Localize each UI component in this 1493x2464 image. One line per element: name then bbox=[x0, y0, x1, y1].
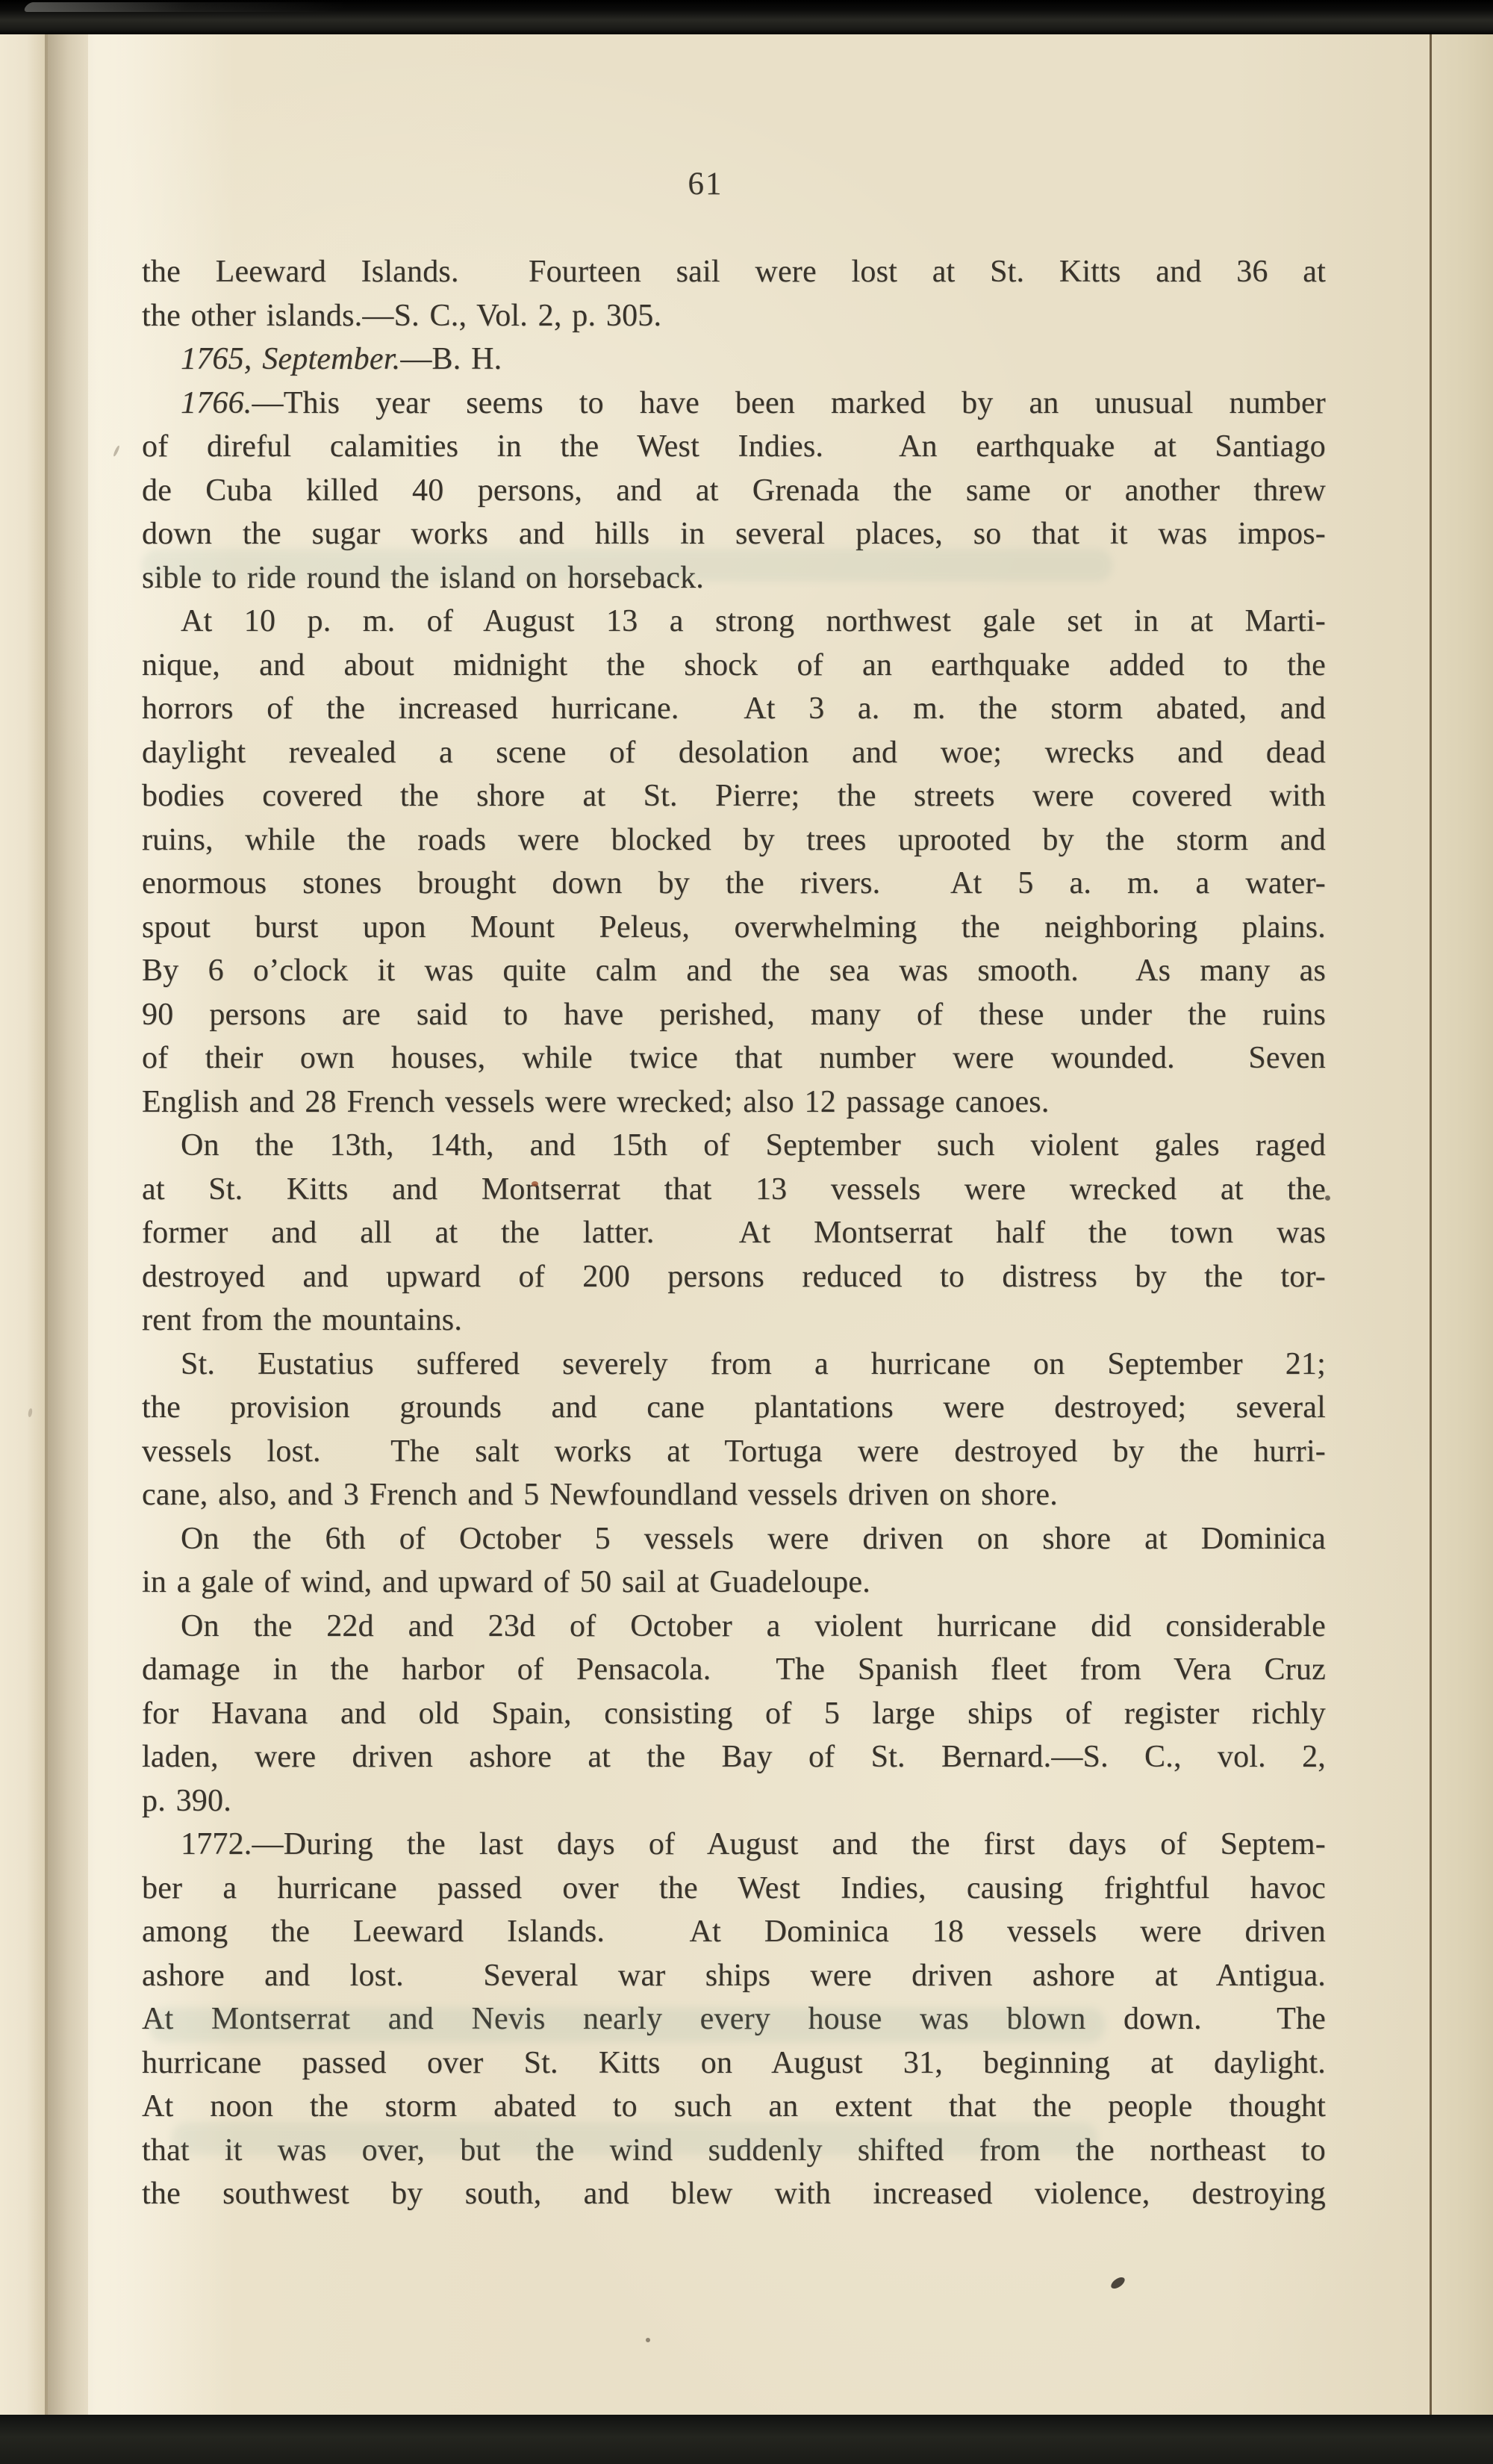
text-line: de Cuba killed 40 persons, and at Grenad… bbox=[142, 469, 1326, 513]
text-segment: horrors of the increased hurricane. At 3… bbox=[142, 691, 1326, 726]
page: 61 the Leeward Islands. Fourteen sail we… bbox=[0, 34, 1430, 2415]
ink-dot bbox=[646, 2338, 650, 2342]
cover-edge-bottom bbox=[0, 2415, 1493, 2464]
text-line: destroyed and upward of 200 persons redu… bbox=[142, 1255, 1326, 1299]
text-segment: ruins, while the roads were blocked by t… bbox=[142, 823, 1326, 857]
text-segment: in a gale of wind, and upward of 50 sail… bbox=[142, 1565, 870, 1599]
text-segment: —This year seems to have been marked by … bbox=[252, 386, 1327, 420]
text-line: By 6 o’clock it was quite calm and the s… bbox=[142, 949, 1326, 993]
text-segment: enormous stones brought down by the rive… bbox=[142, 866, 1326, 900]
text-segment: On the 6th of October 5 vessels were dri… bbox=[181, 1522, 1326, 1556]
entry-date: 1766. bbox=[181, 386, 252, 420]
text-line: 1772.—During the last days of August and… bbox=[142, 1823, 1326, 1867]
text-segment: spout burst upon Mount Peleus, overwhelm… bbox=[142, 910, 1326, 945]
text-line: of direful calamities in the West Indies… bbox=[142, 425, 1326, 469]
text-line: At 10 p. m. of August 13 a strong northw… bbox=[142, 600, 1326, 644]
text-line: bodies covered the shore at St. Pierre; … bbox=[142, 774, 1326, 818]
text-line: the Leeward Islands. Fourteen sail were … bbox=[142, 250, 1326, 294]
show-through bbox=[149, 2008, 1105, 2042]
text-segment: laden, were driven ashore at the Bay of … bbox=[142, 1740, 1326, 1774]
text-segment: ber a hurricane passed over the West Ind… bbox=[142, 1871, 1326, 1905]
text-segment: By 6 o’clock it was quite calm and the s… bbox=[142, 953, 1326, 988]
text-line: On the 22d and 23d of October a violent … bbox=[142, 1605, 1326, 1649]
text-segment: de Cuba killed 40 persons, and at Grenad… bbox=[142, 473, 1326, 508]
text-segment: At 10 p. m. of August 13 a strong northw… bbox=[181, 604, 1326, 638]
facing-page-sliver bbox=[0, 34, 48, 2415]
text-line: 1766.—This year seems to have been marke… bbox=[142, 382, 1326, 426]
text-segment: former and all at the latter. At Montser… bbox=[142, 1216, 1326, 1250]
text-line: ruins, while the roads were blocked by t… bbox=[142, 818, 1326, 862]
text-line: spout burst upon Mount Peleus, overwhelm… bbox=[142, 906, 1326, 950]
text-segment: hurricane passed over St. Kitts on Augus… bbox=[142, 2046, 1326, 2080]
text-line: hurricane passed over St. Kitts on Augus… bbox=[142, 2041, 1326, 2085]
text-segment: at St. Kitts and Montserrat that 13 vess… bbox=[142, 1172, 1326, 1207]
text-segment: the provision grounds and cane plantatio… bbox=[142, 1390, 1326, 1425]
margin-dot bbox=[1325, 1195, 1330, 1201]
text-line: On the 6th of October 5 vessels were dri… bbox=[142, 1517, 1326, 1561]
text-line: ber a hurricane passed over the West Ind… bbox=[142, 1867, 1326, 1911]
text-segment: St. Eustatius suffered severely from a h… bbox=[181, 1347, 1326, 1381]
text-line: the southwest by south, and blew with in… bbox=[142, 2172, 1326, 2216]
text-segment: the other islands.—S. C., Vol. 2, p. 305… bbox=[142, 299, 661, 333]
text-segment: for Havana and old Spain, consisting of … bbox=[142, 1696, 1326, 1731]
text-segment: of direful calamities in the West Indies… bbox=[142, 429, 1326, 464]
text-segment: English and 28 French vessels were wreck… bbox=[142, 1085, 1050, 1119]
text-line: laden, were driven ashore at the Bay of … bbox=[142, 1735, 1326, 1779]
show-through bbox=[142, 549, 1112, 582]
text-line: On the 13th, 14th, and 15th of September… bbox=[142, 1124, 1326, 1168]
red-fleck bbox=[532, 1181, 538, 1186]
text-line: 1765, September.—B. H. bbox=[142, 337, 1326, 382]
text-segment: bodies covered the shore at St. Pierre; … bbox=[142, 779, 1326, 813]
text-line: for Havana and old Spain, consisting of … bbox=[142, 1692, 1326, 1736]
text-segment: rent from the mountains. bbox=[142, 1303, 462, 1337]
text-line: daylight revealed a scene of desolation … bbox=[142, 731, 1326, 775]
text-line: nique, and about midnight the shock of a… bbox=[142, 644, 1326, 688]
text-line: vessels lost. The salt works at Tortuga … bbox=[142, 1430, 1326, 1474]
cover-sheen bbox=[22, 2, 349, 12]
text-segment: On the 22d and 23d of October a violent … bbox=[181, 1609, 1326, 1643]
text-segment: ashore and lost. Several war ships were … bbox=[142, 1959, 1326, 1993]
text-line: cane, also, and 3 French and 5 Newfoundl… bbox=[142, 1473, 1326, 1517]
text-line: enormous stones brought down by the rive… bbox=[142, 862, 1326, 906]
text-segment: daylight revealed a scene of desolation … bbox=[142, 735, 1326, 770]
text-segment: destroyed and upward of 200 persons redu… bbox=[142, 1260, 1326, 1294]
text-segment: 90 persons are said to have perished, ma… bbox=[142, 998, 1326, 1032]
text-line: St. Eustatius suffered severely from a h… bbox=[142, 1343, 1326, 1387]
text-line: rent from the mountains. bbox=[142, 1298, 1326, 1343]
text-segment: At noon the storm abated to such an exte… bbox=[142, 2089, 1326, 2124]
text-segment: p. 390. bbox=[142, 1784, 231, 1818]
underlying-page-edge bbox=[1432, 34, 1493, 2415]
text-segment: On the 13th, 14th, and 15th of September… bbox=[181, 1128, 1326, 1163]
text-segment: of their own houses, while twice that nu… bbox=[142, 1041, 1326, 1075]
text-line: at St. Kitts and Montserrat that 13 vess… bbox=[142, 1168, 1326, 1212]
text-line: former and all at the latter. At Montser… bbox=[142, 1211, 1326, 1255]
text-line: among the Leeward Islands. At Dominica 1… bbox=[142, 1910, 1326, 1954]
text-line: English and 28 French vessels were wreck… bbox=[142, 1080, 1326, 1124]
book-page-photo: 61 the Leeward Islands. Fourteen sail we… bbox=[0, 0, 1493, 2464]
text-segment: cane, also, and 3 French and 5 Newfoundl… bbox=[142, 1478, 1058, 1512]
text-segment: damage in the harbor of Pensacola. The S… bbox=[142, 1652, 1326, 1687]
text-line: the other islands.—S. C., Vol. 2, p. 305… bbox=[142, 294, 1326, 338]
text-segment: 1772.—During the last days of August and… bbox=[181, 1827, 1326, 1861]
text-line: 90 persons are said to have perished, ma… bbox=[142, 993, 1326, 1037]
page-number: 61 bbox=[631, 166, 780, 202]
text-segment: —B. H. bbox=[400, 342, 502, 376]
text-line: p. 390. bbox=[142, 1779, 1326, 1823]
text-line: of their own houses, while twice that nu… bbox=[142, 1036, 1326, 1080]
text-segment: the southwest by south, and blew with in… bbox=[142, 2177, 1326, 2211]
text-line: ashore and lost. Several war ships were … bbox=[142, 1954, 1326, 1998]
entry-date: 1765, September. bbox=[181, 342, 400, 376]
text-segment: among the Leeward Islands. At Dominica 1… bbox=[142, 1914, 1326, 1949]
show-through bbox=[172, 2122, 1097, 2155]
text-line: in a gale of wind, and upward of 50 sail… bbox=[142, 1561, 1326, 1605]
cover-edge-top bbox=[0, 0, 1493, 34]
text-segment: nique, and about midnight the shock of a… bbox=[142, 648, 1326, 682]
text-line: damage in the harbor of Pensacola. The S… bbox=[142, 1648, 1326, 1692]
text-segment: vessels lost. The salt works at Tortuga … bbox=[142, 1434, 1326, 1469]
text-line: the provision grounds and cane plantatio… bbox=[142, 1386, 1326, 1430]
text-block: the Leeward Islands. Fourteen sail were … bbox=[142, 250, 1326, 2216]
text-line: horrors of the increased hurricane. At 3… bbox=[142, 687, 1326, 731]
text-segment: the Leeward Islands. Fourteen sail were … bbox=[142, 255, 1326, 289]
text-segment: down the sugar works and hills in severa… bbox=[142, 517, 1326, 551]
